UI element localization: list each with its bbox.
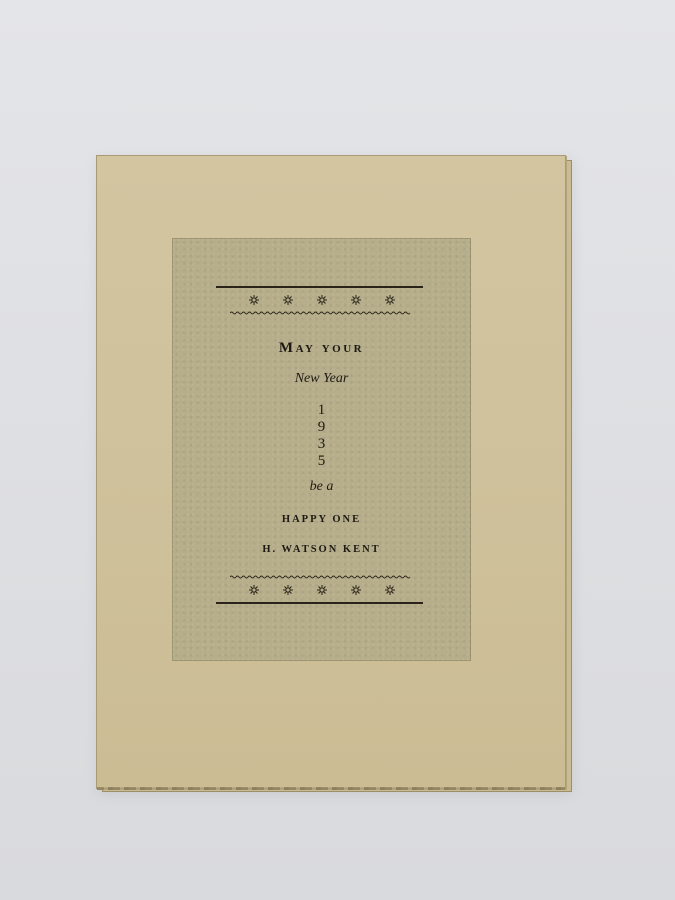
greeting-line-may-your: May your — [172, 340, 471, 357]
greeting-line-happy-one: HAPPY ONE — [172, 514, 471, 525]
star-ornament-icon — [283, 585, 293, 595]
deckle-edge — [97, 787, 565, 790]
star-ornament-icon — [351, 295, 361, 305]
star-ornament-icon — [249, 585, 259, 595]
greeting-card: May your New Year 1 9 3 5 be a HAPPY ONE… — [96, 155, 566, 789]
star-ornament-icon — [385, 295, 395, 305]
year-vertical: 1 9 3 5 — [172, 402, 471, 470]
star-ornament-icon — [317, 585, 327, 595]
top-rule — [216, 286, 423, 288]
signature: H. WATSON KENT — [172, 544, 471, 555]
greeting-line-new-year: New Year — [172, 371, 471, 387]
star-ornament-icon — [317, 295, 327, 305]
top-wavy-flourish — [230, 311, 412, 315]
year-digit: 5 — [172, 453, 471, 470]
year-digit: 3 — [172, 436, 471, 453]
bottom-wavy-flourish — [230, 575, 412, 579]
bottom-star-row — [172, 585, 471, 595]
greeting-line-be-a: be a — [172, 479, 471, 495]
star-ornament-icon — [249, 295, 259, 305]
star-ornament-icon — [283, 295, 293, 305]
year-digit: 1 — [172, 402, 471, 419]
top-star-row — [172, 295, 471, 305]
star-ornament-icon — [351, 585, 361, 595]
star-ornament-icon — [385, 585, 395, 595]
bottom-rule — [216, 602, 423, 604]
printed-panel: May your New Year 1 9 3 5 be a HAPPY ONE… — [172, 238, 471, 661]
year-digit: 9 — [172, 419, 471, 436]
